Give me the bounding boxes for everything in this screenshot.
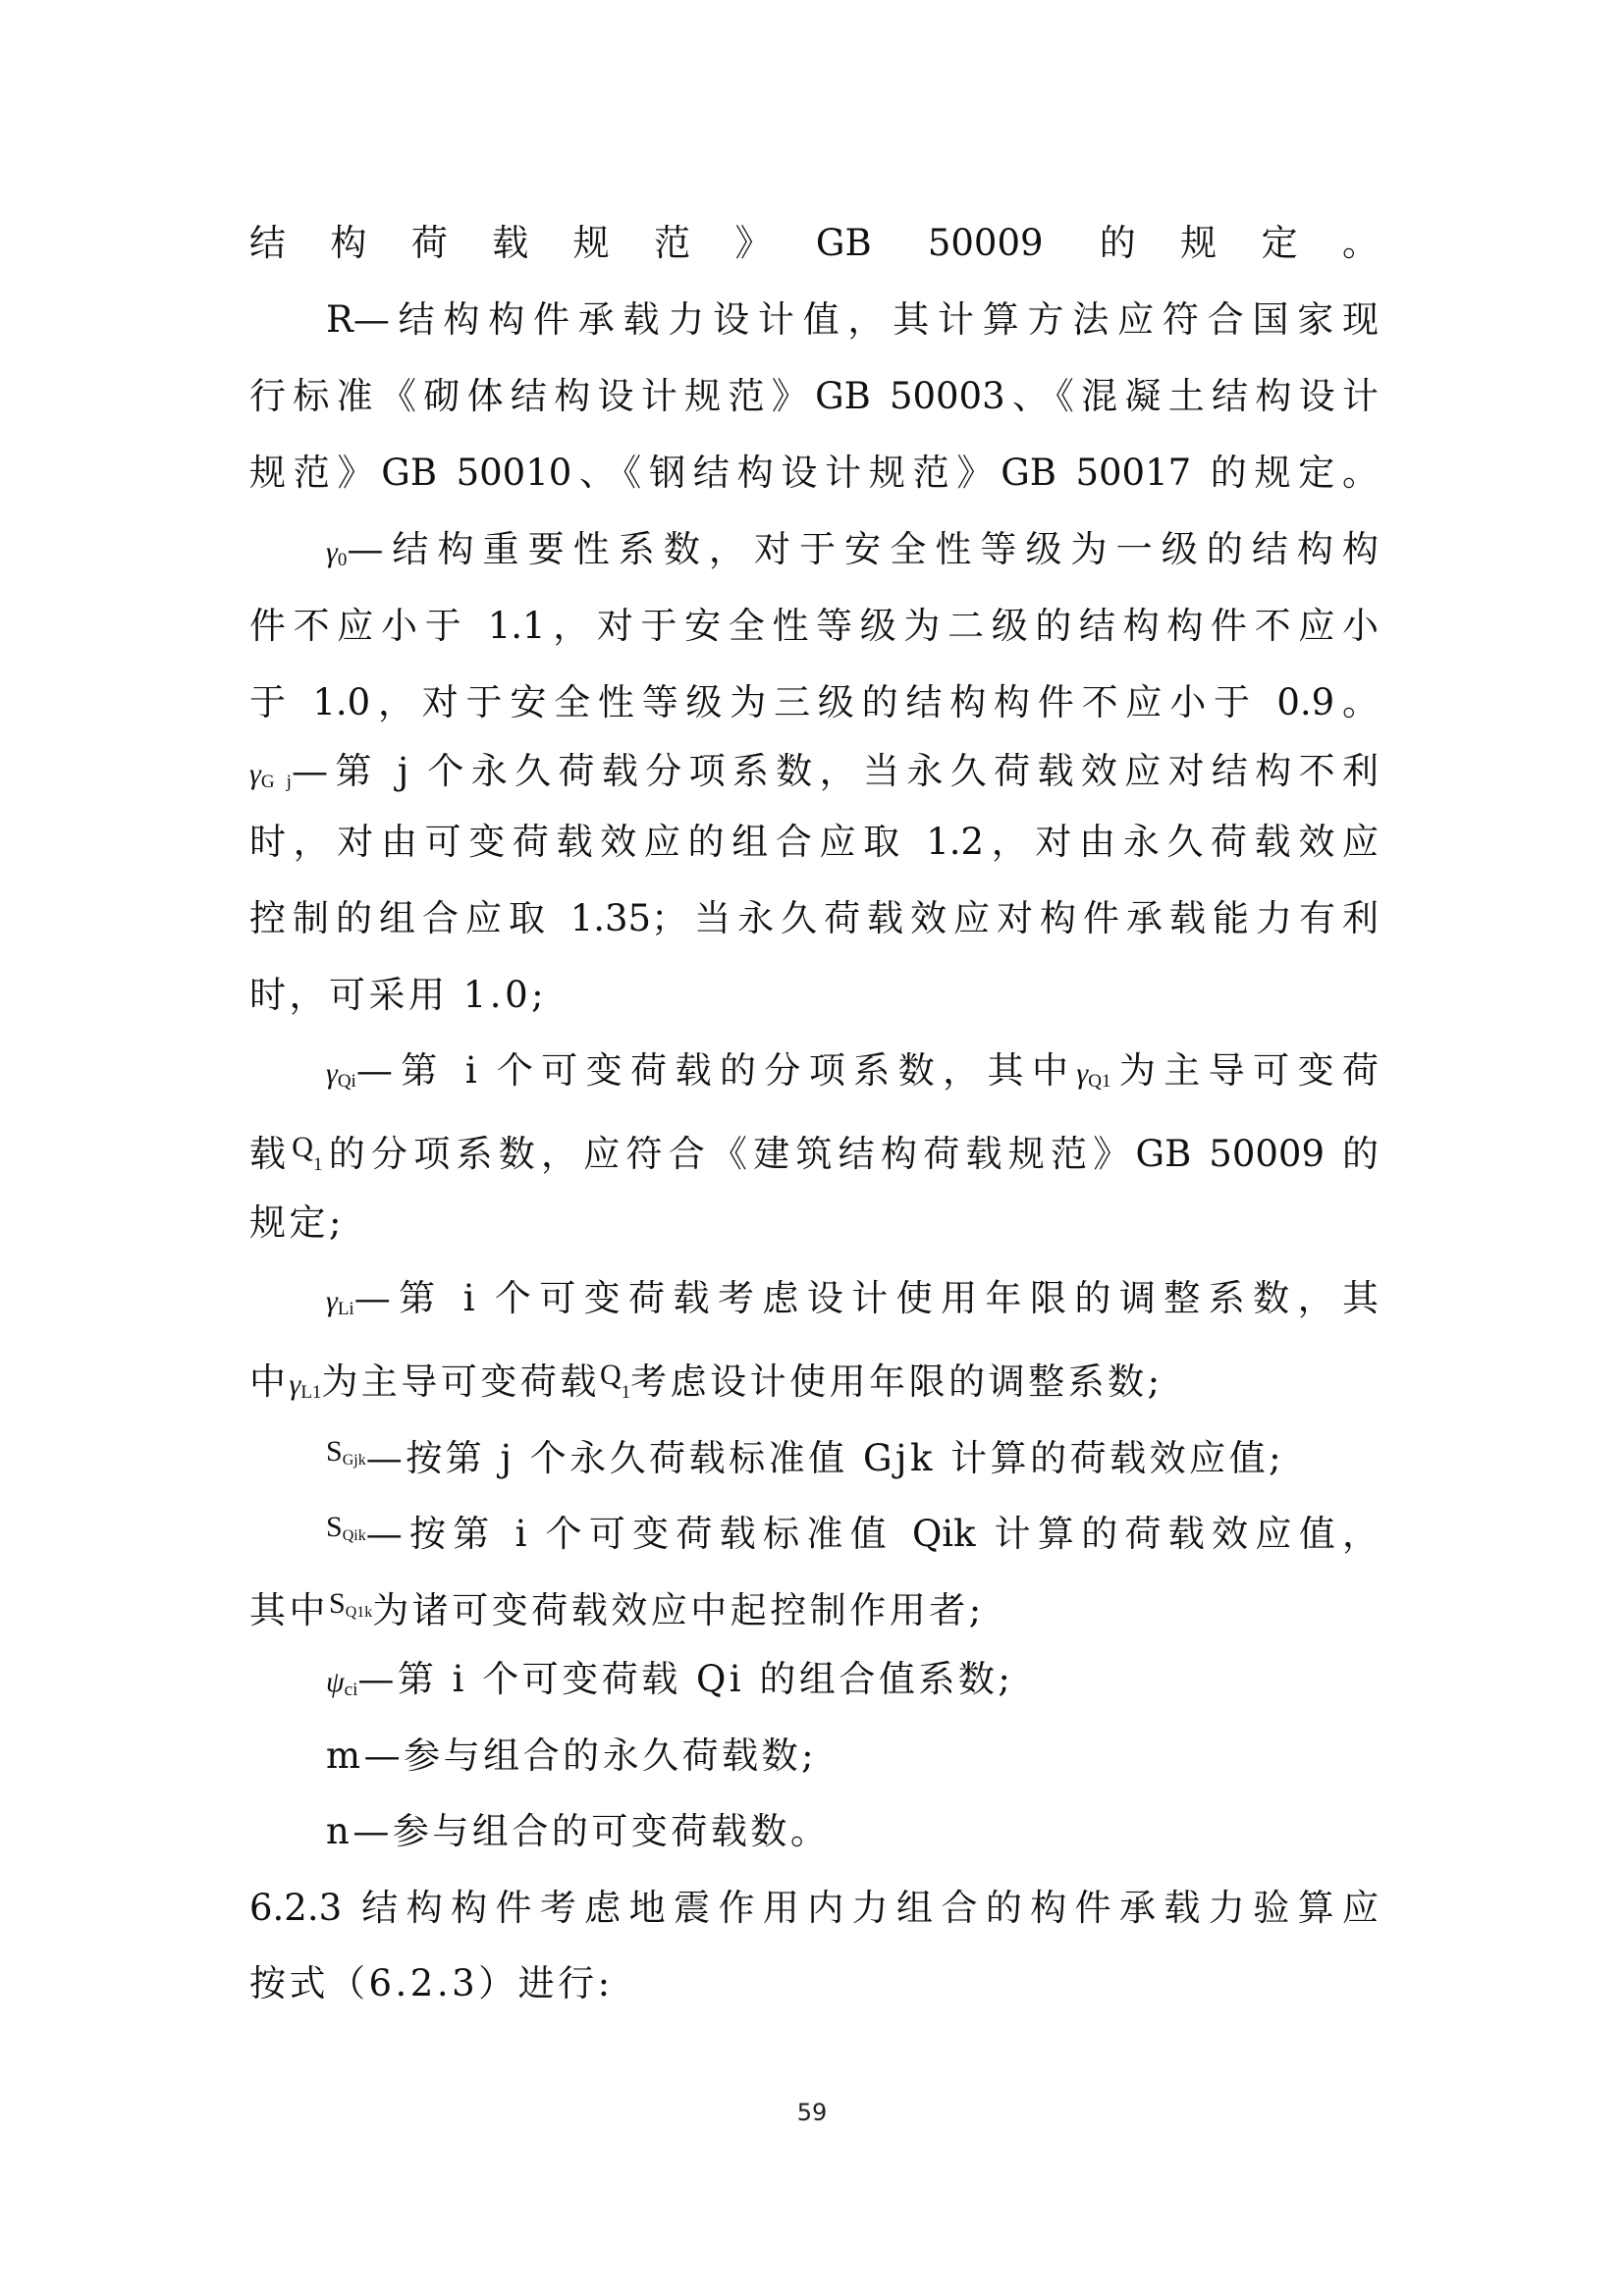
text-line: ψci—第 i 个可变荷载 Qi 的组合值系数; (326, 1650, 1379, 1709)
s-symbol: S (329, 1587, 346, 1620)
text-content: 为主导可变荷载 (321, 1361, 600, 1403)
gamma-symbol: γ (1076, 1057, 1088, 1090)
text-content: 为诸可变荷载效应中起控制作用者; (372, 1589, 984, 1631)
text-line: n—参与组合的可变荷载数。 (326, 1802, 1379, 1861)
text-line: 规范》GB 50010、《钢结构设计规范》GB 50017 的规定。 (249, 444, 1379, 503)
subscript: 0 (338, 550, 348, 570)
s-symbol: S (326, 1511, 343, 1543)
gamma-symbol: γ (326, 1285, 338, 1317)
text-line: 其中SQ1k为诸可变荷载效应中起控制作用者; (249, 1575, 1379, 1633)
text-content: 其中 (249, 1589, 329, 1631)
s-symbol: S (326, 1435, 343, 1468)
subscript: ci (345, 1680, 358, 1700)
text-content: —按第 j 个永久荷载标准值 Gjk 计算的荷载效应值; (366, 1437, 1284, 1479)
text-line: 中γL1为主导可变荷载Q1考虑设计使用年限的调整系数; (249, 1346, 1379, 1405)
subscript: L1 (300, 1382, 321, 1403)
text-line: m—参与组合的永久荷载数; (326, 1727, 1379, 1786)
text-content: —结构重要性系数，对于安全性等级为一级的结构构 (347, 528, 1379, 570)
text-content: —按第 i 个可变荷载标准值 Qik 计算的荷载效应值， (366, 1513, 1379, 1555)
subscript: 1 (622, 1382, 631, 1403)
text-line: SQik—按第 i 个可变荷载标准值 Qik 计算的荷载效应值， (326, 1498, 1379, 1557)
subscript: Qi (338, 1071, 356, 1092)
text-content: —第 i 个可变荷载的分项系数，其中 (356, 1049, 1077, 1092)
text-content: 载 (249, 1133, 292, 1175)
subscript: Q1 (1088, 1071, 1110, 1092)
text-line: γG j—第 j 个永久荷载分项系数，当永久荷载效应对结构不利 (249, 742, 1379, 801)
text-line: 规定; (249, 1194, 1379, 1253)
text-line: 控制的组合应取 1.35；当永久荷载效应对构件承载能力有利 (249, 889, 1379, 948)
subscript: Qik (343, 1527, 366, 1544)
subscript: Q1k (346, 1604, 373, 1621)
q-symbol: Q (292, 1131, 313, 1163)
text-line: γ0—结构重要性系数，对于安全性等级为一级的结构构 (326, 520, 1379, 579)
text-content: 中 (249, 1361, 290, 1403)
text-content: 的分项系数，应符合《建筑结构荷载规范》GB 50009 的 (322, 1133, 1379, 1175)
gamma-symbol: γ (290, 1368, 301, 1401)
gamma-symbol: γ (249, 758, 261, 790)
text-content: 考虑设计使用年限的调整系数; (630, 1361, 1163, 1403)
psi-symbol: ψ (326, 1666, 345, 1698)
q-symbol: Q (600, 1359, 622, 1391)
document-page: 结构荷载规范》GB 50009 的规定。 R—结构构件承载力设计值，其计算方法应… (0, 0, 1624, 2296)
text-line: R—结构构件承载力设计值，其计算方法应符合国家现 (326, 291, 1379, 349)
text-line: 件不应小于 1.1，对于安全性等级为二级的结构构件不应小 (249, 597, 1379, 656)
subscript: G j (261, 772, 292, 792)
text-content: 为主导可变荷 (1110, 1049, 1379, 1092)
text-line: 行标准《砌体结构设计规范》GB 50003、《混凝土结构设计 (249, 367, 1379, 426)
text-line: 结构荷载规范》GB 50009 的规定。 (249, 214, 1379, 273)
text-line: γLi—第 i 个可变荷载考虑设计使用年限的调整系数，其 (326, 1269, 1379, 1328)
text-line: 时，对由可变荷载效应的组合应取 1.2，对由永久荷载效应 (249, 813, 1379, 872)
subscript: Gjk (343, 1452, 366, 1468)
text-content: —第 j 个永久荷载分项系数，当永久荷载效应对结构不利 (292, 750, 1379, 792)
gamma-symbol: γ (326, 1057, 338, 1090)
subscript: 1 (313, 1154, 323, 1175)
text-content: —第 i 个可变荷载 Qi 的组合值系数; (357, 1658, 1013, 1700)
text-line: 于 1.0，对于安全性等级为三级的结构构件不应小于 0.9。 (249, 673, 1379, 732)
page-number: 59 (0, 2099, 1624, 2126)
section-heading: 6.2.3 结构构件考虑地震作用内力组合的构件承载力验算应 (249, 1879, 1379, 1938)
text-line: SGjk—按第 j 个永久荷载标准值 Gjk 计算的荷载效应值; (326, 1422, 1379, 1481)
text-line: γQi—第 i 个可变荷载的分项系数，其中γQ1为主导可变荷 (326, 1041, 1379, 1100)
text-content: —第 i 个可变荷载考虑设计使用年限的调整系数，其 (354, 1277, 1379, 1319)
text-line: 载Q1的分项系数，应符合《建筑结构荷载规范》GB 50009 的 (249, 1118, 1379, 1177)
gamma-symbol: γ (326, 536, 338, 568)
text-line: 时，可采用 1.0; (249, 966, 1379, 1025)
text-line: 按式（6.2.3）进行: (249, 1954, 1379, 2013)
subscript: Li (338, 1299, 354, 1319)
